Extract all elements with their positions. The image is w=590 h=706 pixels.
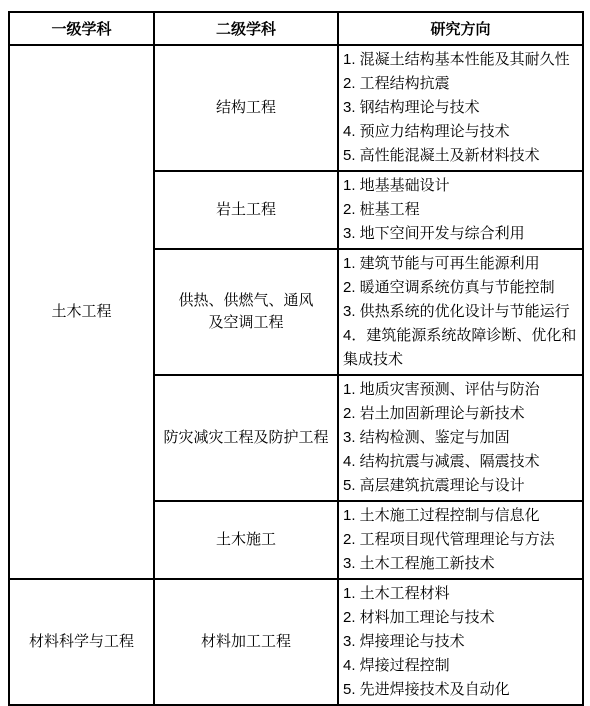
direction-item: 3. 地下空间开发与综合利用 bbox=[343, 222, 578, 246]
subdiscipline-civil-construction: 土木施工 bbox=[154, 501, 338, 579]
direction-item: 4. 预应力结构理论与技术 bbox=[343, 120, 578, 144]
direction-item: 4．建筑能源系统故障诊断、优化和集成技术 bbox=[343, 324, 578, 372]
direction-item: 3. 结构检测、鉴定与加固 bbox=[343, 426, 578, 450]
direction-item: 1. 土木施工过程控制与信息化 bbox=[343, 504, 578, 528]
table-row: 土木工程 结构工程 1. 混凝土结构基本性能及其耐久性 2. 工程结构抗震 3.… bbox=[9, 45, 583, 171]
subdiscipline-hvac-engineering: 供热、供燃气、通风 及空调工程 bbox=[154, 249, 338, 375]
directions-hvac-engineering: 1. 建筑节能与可再生能源利用 2. 暖通空调系统仿真与节能控制 3. 供热系统… bbox=[338, 249, 583, 375]
discipline-materials-science-engineering: 材料科学与工程 bbox=[9, 579, 154, 705]
directions-geotechnical-engineering: 1. 地基基础设计 2. 桩基工程 3. 地下空间开发与综合利用 bbox=[338, 171, 583, 249]
direction-item: 1. 地基基础设计 bbox=[343, 174, 578, 198]
header-second-level-discipline: 二级学科 bbox=[154, 12, 338, 45]
subdiscipline-geotechnical-engineering: 岩土工程 bbox=[154, 171, 338, 249]
direction-item: 2. 桩基工程 bbox=[343, 198, 578, 222]
disciplines-table: 一级学科 二级学科 研究方向 土木工程 结构工程 1. 混凝土结构基本性能及其耐… bbox=[8, 11, 584, 706]
direction-item: 5. 高性能混凝土及新材料技术 bbox=[343, 144, 578, 168]
directions-civil-construction: 1. 土木施工过程控制与信息化 2. 工程项目现代管理理论与方法 3. 土木工程… bbox=[338, 501, 583, 579]
directions-materials-processing-engineering: 1. 土木工程材料 2. 材料加工理论与技术 3. 焊接理论与技术 4. 焊接过… bbox=[338, 579, 583, 705]
document-page: 一级学科 二级学科 研究方向 土木工程 结构工程 1. 混凝土结构基本性能及其耐… bbox=[0, 0, 590, 697]
direction-item: 1. 建筑节能与可再生能源利用 bbox=[343, 252, 578, 276]
direction-item: 5. 先进焊接技术及自动化 bbox=[343, 678, 578, 702]
direction-item: 2. 工程结构抗震 bbox=[343, 72, 578, 96]
direction-item: 5. 高层建筑抗震理论与设计 bbox=[343, 474, 578, 498]
direction-item: 3. 焊接理论与技术 bbox=[343, 630, 578, 654]
direction-item: 1. 土木工程材料 bbox=[343, 582, 578, 606]
directions-structural-engineering: 1. 混凝土结构基本性能及其耐久性 2. 工程结构抗震 3. 钢结构理论与技术 … bbox=[338, 45, 583, 171]
direction-item: 4. 结构抗震与减震、隔震技术 bbox=[343, 450, 578, 474]
direction-item: 2. 岩土加固新理论与新技术 bbox=[343, 402, 578, 426]
header-row: 一级学科 二级学科 研究方向 bbox=[9, 12, 583, 45]
subdiscipline-structural-engineering: 结构工程 bbox=[154, 45, 338, 171]
discipline-civil-engineering: 土木工程 bbox=[9, 45, 154, 579]
direction-item: 3. 土木工程施工新技术 bbox=[343, 552, 578, 576]
subdiscipline-materials-processing-engineering: 材料加工工程 bbox=[154, 579, 338, 705]
direction-item: 2. 材料加工理论与技术 bbox=[343, 606, 578, 630]
header-first-level-discipline: 一级学科 bbox=[9, 12, 154, 45]
header-research-directions: 研究方向 bbox=[338, 12, 583, 45]
direction-item: 1. 地质灾害预测、评估与防治 bbox=[343, 378, 578, 402]
direction-item: 3. 供热系统的优化设计与节能运行 bbox=[343, 300, 578, 324]
direction-item: 2. 工程项目现代管理理论与方法 bbox=[343, 528, 578, 552]
table-row: 材料科学与工程 材料加工工程 1. 土木工程材料 2. 材料加工理论与技术 3.… bbox=[9, 579, 583, 705]
direction-item: 4. 焊接过程控制 bbox=[343, 654, 578, 678]
direction-item: 1. 混凝土结构基本性能及其耐久性 bbox=[343, 48, 578, 72]
directions-disaster-prevention-engineering: 1. 地质灾害预测、评估与防治 2. 岩土加固新理论与新技术 3. 结构检测、鉴… bbox=[338, 375, 583, 501]
subdiscipline-disaster-prevention-engineering: 防灾减灾工程及防护工程 bbox=[154, 375, 338, 501]
direction-item: 3. 钢结构理论与技术 bbox=[343, 96, 578, 120]
direction-item: 2. 暖通空调系统仿真与节能控制 bbox=[343, 276, 578, 300]
